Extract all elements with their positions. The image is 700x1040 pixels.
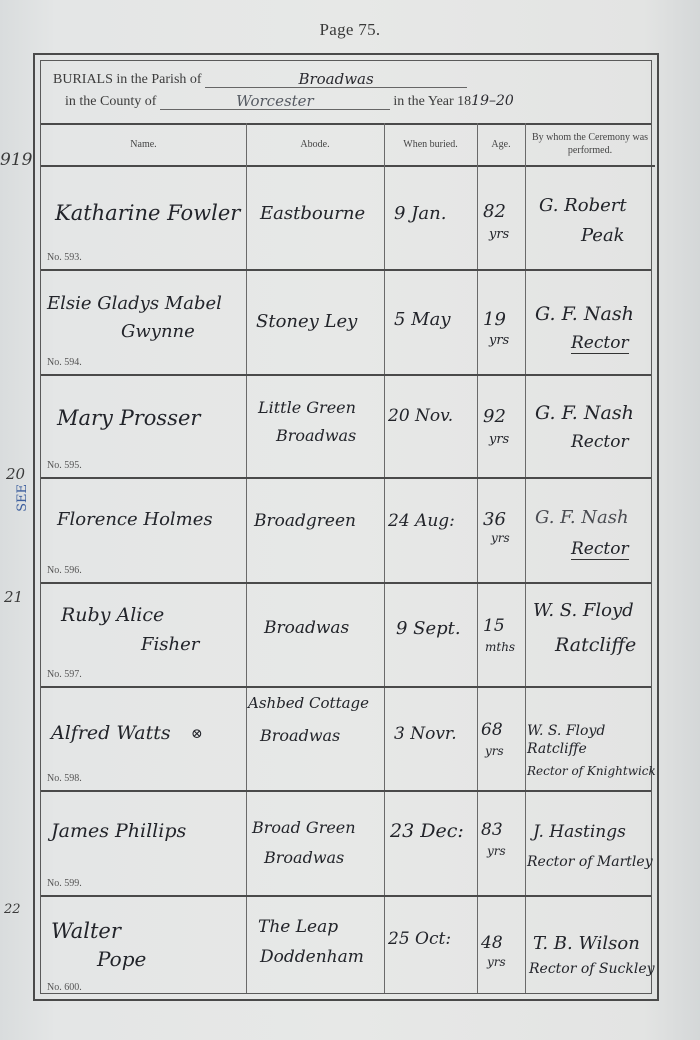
entry-abode: Broadwas xyxy=(264,618,349,638)
entry-abode: Little Green xyxy=(258,398,356,417)
entry-officiant: W. S. Floyd xyxy=(533,600,634,621)
year-value: 19–20 xyxy=(471,93,514,109)
entry-burial-date: 9 Sept. xyxy=(396,618,461,639)
entry-officiant-title: Peak xyxy=(581,225,625,246)
parish-value: Broadwas xyxy=(205,71,467,88)
entry-number: No. 599. xyxy=(47,878,82,889)
entry-name: Ruby Alice xyxy=(61,604,164,626)
parish-label: BURIALS in the Parish of xyxy=(53,72,202,87)
entry-burial-date: 20 Nov. xyxy=(388,406,453,426)
entry-age: 92 xyxy=(483,406,506,427)
entry-officiant-title: Rector of Suckley xyxy=(529,961,655,977)
entry-officiant: J. Hastings xyxy=(533,822,626,842)
register-entry: Katharine FowlerNo. 593. Eastbourne 9 Ja… xyxy=(41,167,651,271)
entry-number: No. 596. xyxy=(47,565,82,576)
register-entry: Alfred Watts⊗No. 598. Ashbed CottageBroa… xyxy=(41,688,651,792)
register-entry: Elsie Gladys MabelGwynneNo. 594. Stoney … xyxy=(41,271,651,376)
entry-age: 83 xyxy=(481,820,503,840)
entry-burial-date: 5 May xyxy=(394,309,451,330)
entry-abode: Eastbourne xyxy=(260,203,365,224)
register-entry: James PhillipsNo. 599. Broad GreenBroadw… xyxy=(41,792,651,897)
column-header-age: Age. xyxy=(477,123,525,167)
register-entry: Mary ProsserNo. 595. Little GreenBroadwa… xyxy=(41,376,651,479)
entry-age: 19 xyxy=(483,309,506,330)
entry-name: Elsie Gladys Mabel xyxy=(47,293,222,314)
entry-name-line2: Gwynne xyxy=(121,321,195,342)
entry-officiant-title: Rector xyxy=(571,432,629,452)
entry-burial-date: 23 Dec: xyxy=(390,820,464,842)
burial-register: BURIALS in the Parish of Broadwas in the… xyxy=(33,53,659,1001)
entry-age-unit: yrs xyxy=(491,531,510,545)
margin-see-note: SEE xyxy=(15,484,30,512)
county-value: Worcester xyxy=(160,93,390,110)
entry-age-unit: yrs xyxy=(489,432,509,447)
margin-year-note-22: 22 xyxy=(4,902,21,917)
entry-age-unit: yrs xyxy=(487,844,506,858)
entry-officiant-title: Ratcliffe xyxy=(555,634,636,656)
entry-number: No. 598. xyxy=(47,773,82,784)
register-entries: Katharine FowlerNo. 593. Eastbourne 9 Ja… xyxy=(41,167,651,993)
page-number: Page 75. xyxy=(0,20,700,40)
entry-officiant: T. B. Wilson xyxy=(533,933,640,954)
entry-abode-line2: Doddenham xyxy=(260,947,364,967)
margin-year-note-21: 21 xyxy=(4,588,23,606)
entry-number: No. 600. xyxy=(47,982,82,993)
entry-officiant-title: Rector of Martley xyxy=(527,854,653,870)
entry-abode: Broad Green xyxy=(252,818,356,837)
entry-number: No. 594. xyxy=(47,357,82,368)
entry-abode-line2: Broadwas xyxy=(276,426,356,445)
entry-age-unit: yrs xyxy=(485,744,504,758)
entry-name-line2: Fisher xyxy=(141,634,199,655)
entry-number: No. 593. xyxy=(47,252,82,263)
entry-number: No. 595. xyxy=(47,460,82,471)
entry-officiant: G. F. Nash xyxy=(535,303,634,325)
entry-abode: Stoney Ley xyxy=(256,311,357,332)
entry-name: James Phillips xyxy=(51,820,186,842)
entry-abode: Broadgreen xyxy=(254,511,356,531)
column-header-name: Name. xyxy=(41,123,246,167)
entry-abode: The Leap xyxy=(258,917,338,937)
column-header-by-whom: By whom the Ceremony was performed. xyxy=(525,123,655,167)
entry-officiant-title: Rector xyxy=(571,333,629,354)
register-heading: BURIALS in the Parish of Broadwas in the… xyxy=(41,61,651,125)
entry-burial-date: 25 Oct: xyxy=(388,929,451,949)
entry-age: 36 xyxy=(483,509,506,530)
entry-age: 15 xyxy=(483,616,505,636)
entry-officiant: G. Robert xyxy=(539,195,627,216)
entry-age: 48 xyxy=(481,933,503,953)
entry-officiant: G. F. Nash xyxy=(535,402,634,424)
register-entry: Florence HolmesNo. 596. Broadgreen 24 Au… xyxy=(41,479,651,584)
entry-age-unit: yrs xyxy=(489,333,509,348)
entry-officiant-title: Rector of Knightwick xyxy=(527,764,656,778)
entry-name: Mary Prosser xyxy=(57,406,200,430)
entry-name: Alfred Watts xyxy=(51,722,171,744)
margin-year-note: 919 xyxy=(0,150,32,170)
entry-age-unit: yrs xyxy=(487,955,506,969)
entry-age-unit: yrs xyxy=(489,227,509,242)
entry-age: 68 xyxy=(481,720,503,740)
entry-number: No. 597. xyxy=(47,669,82,680)
entry-officiant: W. S. Floyd Ratcliffe xyxy=(527,722,655,758)
entry-abode-line2: Broadwas xyxy=(264,848,344,867)
entry-abode-line2: Broadwas xyxy=(260,726,340,745)
entry-officiant: G. F. Nash xyxy=(535,507,629,528)
entry-age-unit: mths xyxy=(485,640,515,654)
entry-officiant-title: Rector xyxy=(571,539,629,560)
register-entry: Ruby AliceFisherNo. 597. Broadwas 9 Sept… xyxy=(41,584,651,688)
entry-name: Katharine Fowler xyxy=(55,201,240,225)
entry-name-line2: Pope xyxy=(97,947,146,971)
margin-year-note-20: 20 xyxy=(6,465,25,483)
column-header-when-buried: When buried. xyxy=(384,123,477,167)
entry-name: Walter xyxy=(51,919,121,943)
year-label: in the Year 18 xyxy=(393,94,471,109)
entry-age: 82 xyxy=(483,201,506,222)
mark-symbol: ⊗ xyxy=(191,726,203,742)
county-label: in the County of xyxy=(65,94,156,109)
entry-abode: Ashbed Cottage xyxy=(248,694,369,712)
entry-name: Florence Holmes xyxy=(57,509,213,530)
entry-burial-date: 9 Jan. xyxy=(394,203,446,224)
entry-burial-date: 3 Novr. xyxy=(394,724,457,744)
column-header-abode: Abode. xyxy=(246,123,384,167)
entry-burial-date: 24 Aug: xyxy=(388,511,455,531)
register-entry: WalterPopeNo. 600. The LeapDoddenham 25 … xyxy=(41,897,651,999)
